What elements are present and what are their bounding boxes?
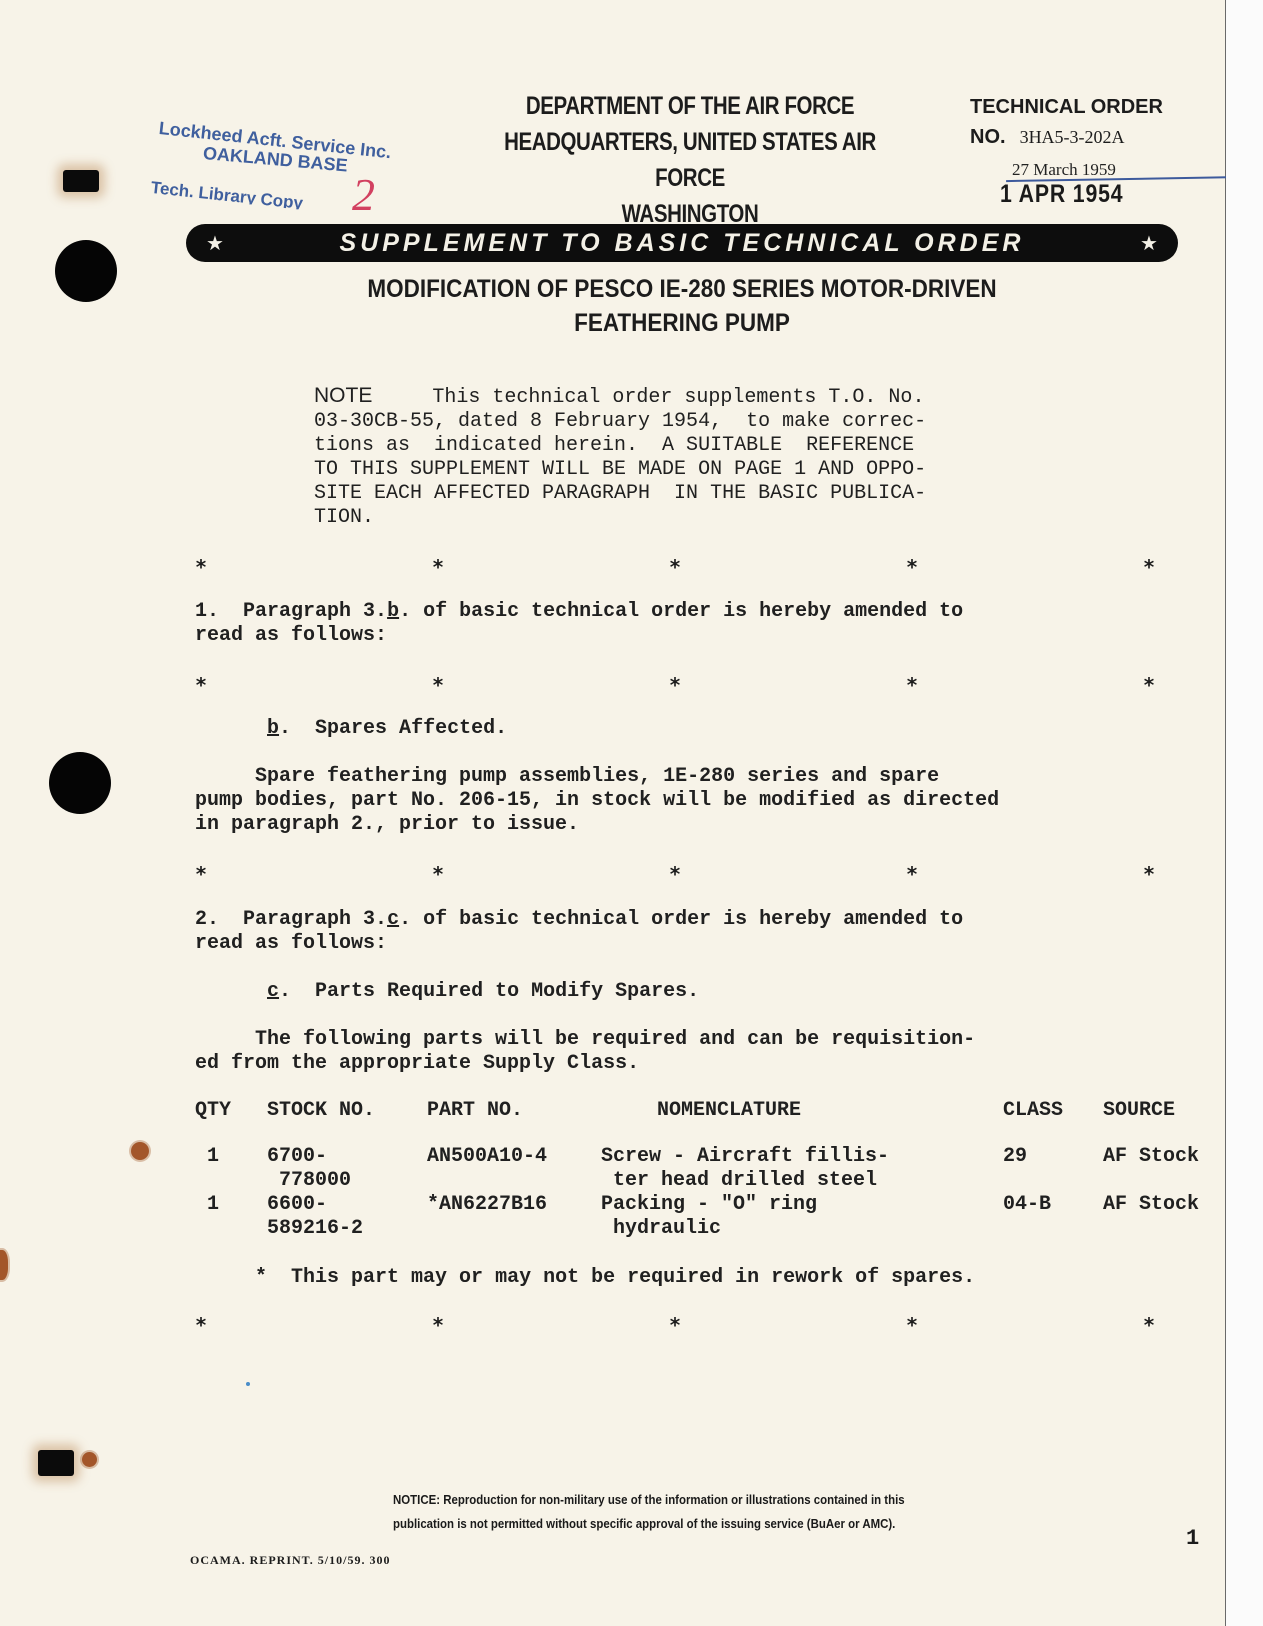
note-label: NOTE xyxy=(314,384,372,407)
to-number-line: NO.3HA5-3-202A xyxy=(970,122,1163,152)
subparagraph-b-line: Spare feathering pump assemblies, 1E-280… xyxy=(195,765,999,789)
subparagraph-c-line: The following parts will be required and… xyxy=(195,1028,975,1052)
note-line: 03-30CB-55, dated 8 February 1954, to ma… xyxy=(314,410,926,434)
subparagraph-b-line: in paragraph 2., prior to issue. xyxy=(195,813,999,837)
header-center: DEPARTMENT OF THE AIR FORCE HEADQUARTERS… xyxy=(440,88,940,232)
notice-line-1: NOTICE: Reproduction for non-military us… xyxy=(393,1488,1079,1512)
document-page: Lockheed Acft. Service Inc. OAKLAND BASE… xyxy=(0,0,1226,1626)
paragraph-2-line-2: read as follows: xyxy=(195,932,963,956)
burn-mark-bottom xyxy=(38,1450,74,1476)
separator: ***** xyxy=(195,673,1155,697)
parts-table: QTY STOCK NO. PART NO. NOMENCLATURE CLAS… xyxy=(195,1099,1199,1241)
title-line-1: MODIFICATION OF PESCO IE-280 SERIES MOTO… xyxy=(236,272,1129,306)
no-label: NO. xyxy=(970,126,1006,148)
subparagraph-b-line: pump bodies, part No. 206-15, in stock w… xyxy=(195,789,999,813)
to-number: 3HA5-3-202A xyxy=(1020,127,1125,147)
part-number-cell: AN500A10-4 xyxy=(427,1145,601,1193)
class-cell: 04-B xyxy=(1003,1193,1103,1241)
table-header-row: QTY STOCK NO. PART NO. NOMENCLATURE CLAS… xyxy=(195,1099,1199,1123)
supplement-banner: ★ SUPPLEMENT TO BASIC TECHNICAL ORDER ★ xyxy=(186,224,1178,262)
note-line-1: NOTE This technical order supplements T.… xyxy=(314,384,926,410)
part-number-cell: *AN6227B16 xyxy=(427,1193,601,1241)
star-icon: ★ xyxy=(1140,231,1158,256)
column-header: STOCK NO. xyxy=(267,1099,427,1123)
department-line: DEPARTMENT OF THE AIR FORCE xyxy=(485,88,895,124)
column-header: PART NO. xyxy=(427,1099,601,1123)
paragraph-2-line-1: 2. Paragraph 3.c. of basic technical ord… xyxy=(195,908,963,932)
ink-dot xyxy=(246,1382,250,1386)
technical-order-block: TECHNICAL ORDER NO.3HA5-3-202A xyxy=(970,92,1163,152)
qty-cell: 1 xyxy=(195,1145,267,1193)
note-line: TION. xyxy=(314,506,926,530)
source-cell: AF Stock xyxy=(1103,1145,1199,1193)
stain-mark xyxy=(131,1142,149,1160)
column-header: NOMENCLATURE xyxy=(601,1099,1003,1123)
qty-cell: 1 xyxy=(195,1193,267,1241)
note-block: NOTE This technical order supplements T.… xyxy=(314,384,926,530)
paragraph-1: 1. Paragraph 3.b. of basic technical ord… xyxy=(195,600,963,648)
reproduction-notice: NOTICE: Reproduction for non-military us… xyxy=(393,1488,1173,1536)
headquarters-line: HEADQUARTERS, UNITED STATES AIR FORCE xyxy=(485,124,895,196)
reprint-info: OCAMA. REPRINT. 5/10/59. 300 xyxy=(190,1553,390,1568)
document-title: MODIFICATION OF PESCO IE-280 SERIES MOTO… xyxy=(186,272,1178,340)
page-number: 1 xyxy=(1186,1526,1199,1551)
column-header: QTY xyxy=(195,1099,267,1123)
punch-hole-1 xyxy=(55,240,117,302)
burn-mark-top xyxy=(63,170,99,192)
technical-order-label: TECHNICAL ORDER xyxy=(970,92,1163,122)
subparagraph-b: b. Spares Affected. Spare feathering pum… xyxy=(195,717,999,837)
separator: ***** xyxy=(195,555,1155,579)
paragraph-2: 2. Paragraph 3.c. of basic technical ord… xyxy=(195,908,963,956)
title-line-2: FEATHERING PUMP xyxy=(236,306,1129,340)
scan-margin xyxy=(1226,0,1263,1626)
table-row: 1 6600-589216-2 *AN6227B16 Packing - "O"… xyxy=(195,1193,1199,1241)
column-header: SOURCE xyxy=(1103,1099,1199,1123)
stock-number-cell: 6600-589216-2 xyxy=(267,1193,427,1241)
separator: ***** xyxy=(195,1313,1155,1337)
paragraph-1-line-1: 1. Paragraph 3.b. of basic technical ord… xyxy=(195,600,963,624)
nomenclature-cell: Screw - Aircraft fillis- ter head drille… xyxy=(601,1145,1003,1193)
star-icon: ★ xyxy=(206,231,224,256)
subparagraph-c-line: ed from the appropriate Supply Class. xyxy=(195,1052,975,1076)
table-footnote: * This part may or may not be required i… xyxy=(255,1266,975,1290)
subparagraph-c-heading: c. Parts Required to Modify Spares. xyxy=(195,980,975,1004)
table-row: 1 6700- 778000 AN500A10-4 Screw - Aircra… xyxy=(195,1145,1199,1193)
class-cell: 29 xyxy=(1003,1145,1103,1193)
column-header: CLASS xyxy=(1003,1099,1103,1123)
handwritten-mark: 2 xyxy=(352,168,375,221)
paragraph-1-line-2: read as follows: xyxy=(195,624,963,648)
subparagraph-b-heading: b. Spares Affected. xyxy=(195,717,999,741)
banner-text: SUPPLEMENT TO BASIC TECHNICAL ORDER xyxy=(340,229,1025,258)
stain-mark-edge xyxy=(0,1250,8,1280)
separator: ***** xyxy=(195,862,1155,886)
note-line: SITE EACH AFFECTED PARAGRAPH IN THE BASI… xyxy=(314,482,926,506)
footnote-mark: * xyxy=(255,1266,267,1289)
issue-date-stamp: 1 APR 1954 xyxy=(1000,180,1123,209)
notice-line-2: publication is not permitted without spe… xyxy=(393,1512,1079,1536)
note-line: tions as indicated herein. A SUITABLE RE… xyxy=(314,434,926,458)
stock-number-cell: 6700- 778000 xyxy=(267,1145,427,1193)
punch-hole-2 xyxy=(49,752,111,814)
source-cell: AF Stock xyxy=(1103,1193,1199,1241)
note-line: TO THIS SUPPLEMENT WILL BE MADE ON PAGE … xyxy=(314,458,926,482)
subparagraph-c: c. Parts Required to Modify Spares. The … xyxy=(195,980,975,1076)
stain-dot xyxy=(82,1452,97,1467)
nomenclature-cell: Packing - "O" ring hydraulic xyxy=(601,1193,1003,1241)
